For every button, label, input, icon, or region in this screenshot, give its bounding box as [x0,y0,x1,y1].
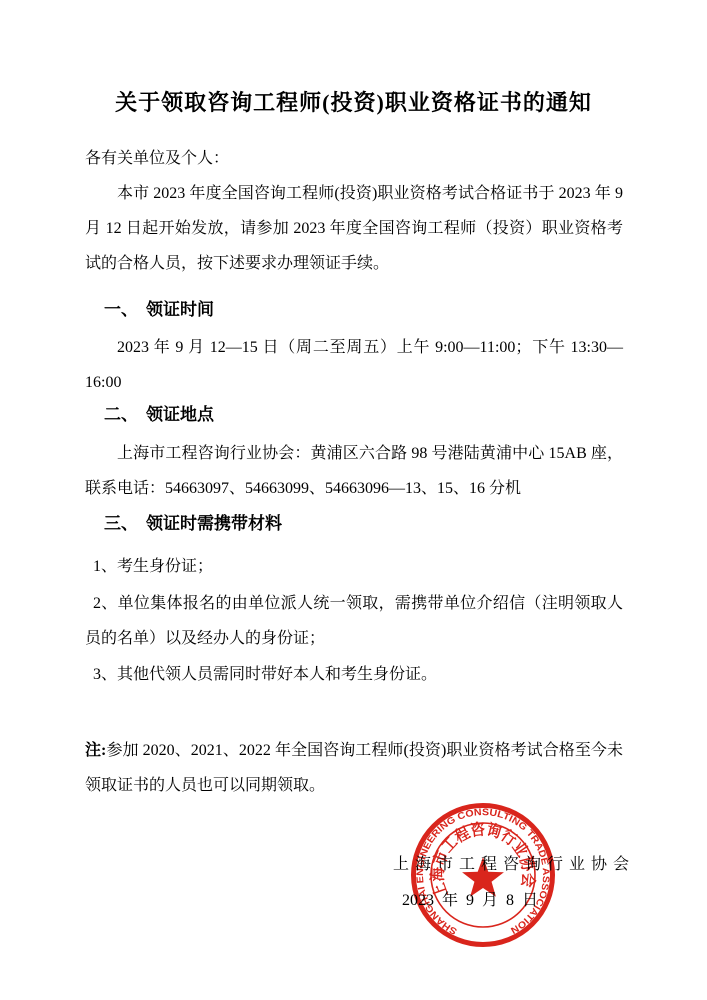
material-item-3: 3、其他代领人员需同时带好本人和考生身份证。 [85,657,623,692]
salutation: 各有关单位及个人： [85,141,623,176]
material-item-2: 2、单位集体报名的由单位派人统一领取，需携带单位介绍信（注明领取人员的名单）以及… [85,586,623,656]
note-label: 注: [85,742,106,759]
stamp-outer-ring [414,806,553,945]
section-1-body: 2023 年 9 月 12—15 日（周二至周五）上午 9:00—11:00；下… [85,330,623,400]
section-1-number: 一、 [104,296,146,324]
section-1-heading: 一、领证时间 [85,296,623,324]
note-paragraph: 注:参加 2020、2021、2022 年全国咨询工程师(投资)职业资格考试合格… [85,733,623,803]
notice-document-page: 关于领取咨询工程师(投资)职业资格证书的通知 各有关单位及个人： 本市 2023… [0,0,707,1000]
material-item-1: 1、考生身份证； [85,549,623,584]
intro-paragraph: 本市 2023 年度全国咨询工程师(投资)职业资格考试合格证书于 2023 年 … [85,176,623,281]
signature-organization: 上海市工程咨询行业协会 [393,851,635,874]
section-3-number: 三、 [104,510,146,538]
section-3-title: 领证时需携带材料 [146,514,282,533]
section-2-number: 二、 [104,401,146,429]
section-2-body: 上海市工程咨询行业协会：黄浦区六合路 98 号港陆黄浦中心 15AB 座，联系电… [85,436,623,506]
document-title: 关于领取咨询工程师(投资)职业资格证书的通知 [0,86,707,117]
section-1-title: 领证时间 [146,300,214,319]
section-3-heading: 三、领证时需携带材料 [85,510,623,538]
official-seal-stamp: SHANGHAI ENGINEERING CONSULTING TRADE AS… [403,795,563,955]
section-2-title: 领证地点 [146,405,214,424]
section-2-heading: 二、领证地点 [85,401,623,429]
stamp-inner-ring [431,823,535,927]
signature-date: 2023 年 9 月 8 日 [402,887,538,910]
note-text: 参加 2020、2021、2022 年全国咨询工程师(投资)职业资格考试合格至今… [85,742,623,794]
